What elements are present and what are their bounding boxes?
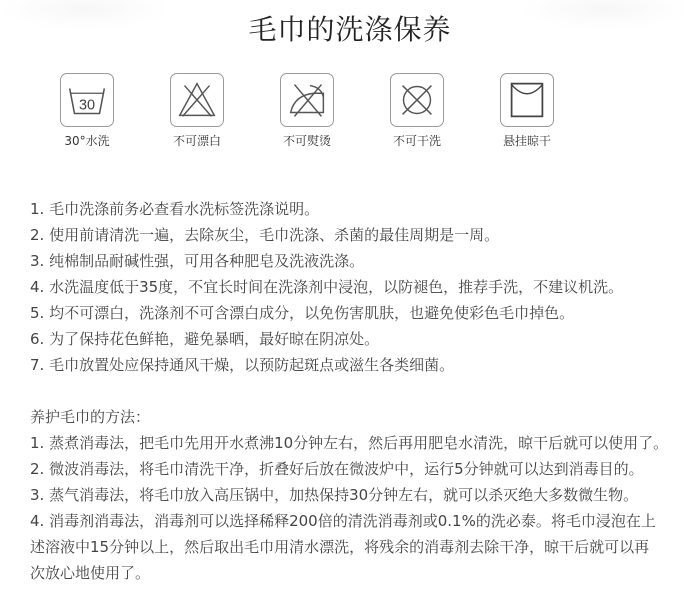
care-rule: 1. 毛巾洗涤前务必查看水洗标签洗涤说明。 (30, 196, 623, 222)
icon-label: 不可熨烫 (267, 132, 347, 149)
icon-label: 悬挂晾干 (487, 132, 567, 149)
method-line: 4. 消毒剂消毒法，消毒剂可以选择稀释200倍的清洗消毒剂或0.1%的洗必泰。将… (30, 508, 668, 534)
care-icon-item: 不可漂白 (157, 73, 237, 149)
care-icons-row: 30 30°水洗 不可漂白 不可熨烫 (0, 73, 700, 163)
method-line: 述溶液中15分钟以上，然后取出毛巾用清水漂洗，将残余的消毒剂去除干净，晾干后就可… (30, 534, 668, 560)
icon-label: 不可漂白 (157, 132, 237, 149)
care-icon-item: 悬挂晾干 (487, 73, 567, 149)
no-bleach-icon (170, 73, 224, 127)
svg-text:30: 30 (79, 98, 95, 114)
care-rule: 6. 为了保持花色鲜艳，避免暴晒，最好晾在阴凉处。 (30, 326, 623, 352)
method-line: 次放心地使用了。 (30, 560, 668, 586)
care-icon-item: 不可熨烫 (267, 73, 347, 149)
care-rules-list: 1. 毛巾洗涤前务必查看水洗标签洗涤说明。 2. 使用前请清洗一遍，去除灰尘，毛… (30, 196, 623, 378)
method-line: 1. 蒸煮消毒法，把毛巾先用开水煮沸10分钟左右，然后再用肥皂水清洗，晾干后就可… (30, 430, 668, 456)
method-line: 2. 微波消毒法，将毛巾清洗干净，折叠好后放在微波炉中，运行5分钟就可以达到消毒… (30, 456, 668, 482)
care-methods-section: 养护毛巾的方法： 1. 蒸煮消毒法，把毛巾先用开水煮沸10分钟左右，然后再用肥皂… (30, 404, 668, 586)
care-rule: 2. 使用前请清洗一遍，去除灰尘，毛巾洗涤、杀菌的最佳周期是一周。 (30, 222, 623, 248)
no-dry-clean-icon (390, 73, 444, 127)
care-rule: 7. 毛巾放置处应保持通风干燥，以预防起斑点或滋生各类细菌。 (30, 352, 623, 378)
care-rule: 4. 水洗温度低于35度，不宜长时间在洗涤剂中浸泡，以防褪色，推荐手洗，不建议机… (30, 274, 623, 300)
wash-30-icon: 30 (60, 73, 114, 127)
icon-label: 30°水洗 (47, 132, 127, 149)
care-icon-item: 不可干洗 (377, 73, 457, 149)
method-line: 3. 蒸气消毒法，将毛巾放入高压锅中，加热保持30分钟左右，就可以杀灭绝大多数微… (30, 482, 668, 508)
icon-label: 不可干洗 (377, 132, 457, 149)
care-rule: 5. 均不可漂白，洗涤剂不可含漂白成分，以免伤害肌肤，也避免使彩色毛巾掉色。 (30, 300, 623, 326)
care-icon-item: 30 30°水洗 (47, 73, 127, 149)
no-iron-icon (280, 73, 334, 127)
line-dry-icon (500, 73, 554, 127)
care-rule: 3. 纯棉制品耐碱性强，可用各种肥皂及洗液洗涤。 (30, 248, 623, 274)
page-title: 毛巾的洗涤保养 (0, 8, 700, 48)
methods-heading: 养护毛巾的方法： (30, 404, 668, 430)
